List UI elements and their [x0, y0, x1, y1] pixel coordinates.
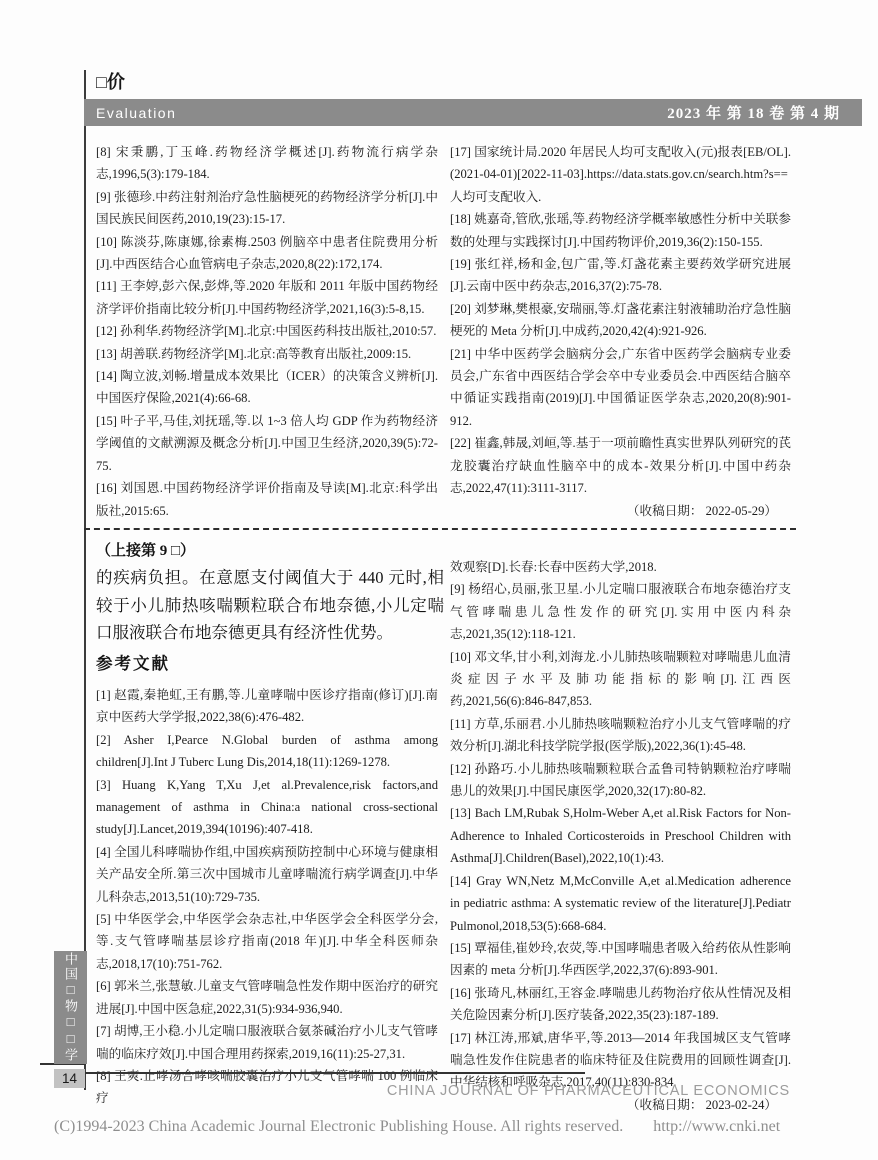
reference-item: [14] Gray WN,Netz M,McConville A,et al.M…: [450, 870, 791, 937]
section-title: □价: [96, 68, 125, 94]
reference-item: [3] Huang K,Yang T,Xu J,et al.Prevalence…: [96, 774, 438, 841]
copyright-bar: (C)1994-2023 China Academic Journal Elec…: [54, 1118, 780, 1136]
copyright-notice: (C)1994-2023 China Academic Journal Elec…: [54, 1118, 623, 1136]
header-bar: Evaluation 2023 年 第 18 卷 第 4 期: [84, 99, 862, 126]
reference-item: [9] 杨绍心,员丽,张卫星.小儿定喘口服液联合布地奈德治疗支气管哮喘患儿急性发…: [450, 578, 791, 645]
article1-references-left-column: [8] 宋秉鹏,丁玉峰.药物经济学概述[J].药物流行病学杂志,1996,5(3…: [96, 141, 438, 522]
article2-references-right-column: 效观察[D].长春:长春中医药大学,2018.[9] 杨绍心,员丽,张卫星.小儿…: [450, 556, 791, 1116]
reference-item: [13] Bach LM,Rubak S,Holm-Weber A,et al.…: [450, 802, 791, 869]
reference-item: [6] 郭米兰,张慧敏.儿童支气管哮喘急性发作期中医治疗的研究进展[J].中国中…: [96, 975, 438, 1020]
reference-item: [14] 陶立波,刘畅.增量成本效果比（ICER）的决策含义辨析[J].中国医疗…: [96, 365, 438, 410]
reference-item: [7] 胡博,王小稳.小儿定喘口服液联合氨茶碱治疗小儿支气管哮喘的临床疗效[J]…: [96, 1020, 438, 1065]
article1-references-right-column: [17] 国家统计局.2020 年居民人均可支配收入(元)报表[EB/OL].(…: [450, 141, 791, 522]
continued-from-note: （上接第 9 □）: [96, 539, 195, 560]
reference-item: [15] 叶子平,马佳,刘抚瑶,等.以 1~3 倍人均 GDP 作为药物经济学阈…: [96, 410, 438, 477]
reference-item: [13] 胡善联.药物经济学[M].北京:高等教育出版社,2009:15.: [96, 343, 438, 365]
sidebar-journal-name-vertical: 中国□物□□学: [54, 951, 87, 1064]
section-subtitle-english: Evaluation: [96, 105, 176, 121]
references-heading: 参考文献: [96, 650, 170, 674]
reference-item: [8] 宋秉鹏,丁玉峰.药物经济学概述[J].药物流行病学杂志,1996,5(3…: [96, 141, 438, 186]
reference-item: [17] 国家统计局.2020 年居民人均可支配收入(元)报表[EB/OL].(…: [450, 141, 791, 208]
reference-item: [10] 邓文华,甘小利,刘海龙.小儿肺热咳喘颗粒对哮喘患儿血清炎症因子水平及肺…: [450, 646, 791, 713]
reference-item: [5] 中华医学会,中华医学会杂志社,中华医学会全科医学分会,等.支气管哮喘基层…: [96, 908, 438, 975]
reference-item: [11] 王李婷,彭六保,彭烨,等.2020 年版和 2011 年版中国药物经济…: [96, 275, 438, 320]
reference-item: [2] Asher I,Pearce N.Global burden of as…: [96, 729, 438, 774]
article-divider-dashed-line: [84, 528, 796, 530]
reference-item: [18] 姚嘉奇,管欣,张瑶,等.药物经济学概率敏感性分析中关联参数的处理与实践…: [450, 208, 791, 253]
reference-item: [12] 孙利华.药物经济学[M].北京:中国医药科技出版社,2010:57.: [96, 320, 438, 342]
reference-item: [9] 张德珍.中药注射剂治疗急性脑梗死的药物经济学分析[J].中国民族民间医药…: [96, 186, 438, 231]
reference-item: [10] 陈淡芬,陈康娜,徐素梅.2503 例脑卒中患者住院费用分析[J].中西…: [96, 231, 438, 276]
footer-separator-rule: [84, 1072, 585, 1074]
reference-item: [4] 全国儿科哮喘协作组,中国疾病预防控制中心环境与健康相关产品安全所.第三次…: [96, 841, 438, 908]
reference-item: [16] 刘国恩.中国药物经济学评价指南及导读[M].北京:科学出版社,2015…: [96, 477, 438, 522]
cnki-url: http://www.cnki.net: [653, 1118, 780, 1136]
received-date-article1: （收稿日期： 2022-05-29）: [450, 500, 791, 522]
article-body-paragraph: 的疾病负担。在意愿支付阈值大于 440 元时,相较于小儿肺热咳喘颗粒联合布地奈德…: [96, 564, 444, 647]
journal-page: □价 Evaluation 2023 年 第 18 卷 第 4 期 [8] 宋秉…: [0, 0, 878, 1160]
reference-item: [21] 中华中医药学会脑病分会,广东省中医药学会脑病专业委员会,广东省中西医结…: [450, 343, 791, 433]
reference-item: [12] 孙路巧.小儿肺热咳喘颗粒联合孟鲁司特钠颗粒治疗哮喘患儿的效果[J].中…: [450, 758, 791, 803]
reference-item: [19] 张红祥,杨和金,包广雷,等.灯盏花素主要药效学研究进展[J].云南中医…: [450, 253, 791, 298]
reference-item: [11] 方草,乐丽君.小儿肺热咳喘颗粒治疗小儿支气管哮喘的疗效分析[J].湖北…: [450, 713, 791, 758]
reference-item: [16] 张琦凡,林丽红,王容金.哮喘患儿药物治疗依从性情况及相关危险因素分析[…: [450, 982, 791, 1027]
reference-item: [20] 刘梦琳,樊根豪,安瑞丽,等.灯盏花素注射液辅助治疗急性脑梗死的 Met…: [450, 298, 791, 343]
reference-item: [22] 崔鑫,韩晟,刘峘,等.基于一项前瞻性真实世界队列研究的芪龙胶囊治疗缺血…: [450, 432, 791, 499]
journal-issue-label: 2023 年 第 18 卷 第 4 期: [667, 102, 840, 123]
reference-item: [1] 赵霞,秦艳虹,王有鹏,等.儿童哮喘中医诊疗指南(修订)[J].南京中医药…: [96, 684, 438, 729]
left-margin-rule: [84, 70, 86, 1090]
page-number: 14: [54, 1069, 85, 1088]
article2-references-left-column: [1] 赵霞,秦艳虹,王有鹏,等.儿童哮喘中医诊疗指南(修订)[J].南京中医药…: [96, 684, 438, 1110]
journal-name-english: CHINA JOURNAL OF PHARMACEUTICAL ECONOMIC…: [387, 1083, 790, 1099]
reference-item: [15] 覃福佳,崔妙玲,农荧,等.中国哮喘患者吸入给药依从性影响因素的 met…: [450, 937, 791, 982]
reference-item: 效观察[D].长春:长春中医药大学,2018.: [450, 556, 791, 578]
